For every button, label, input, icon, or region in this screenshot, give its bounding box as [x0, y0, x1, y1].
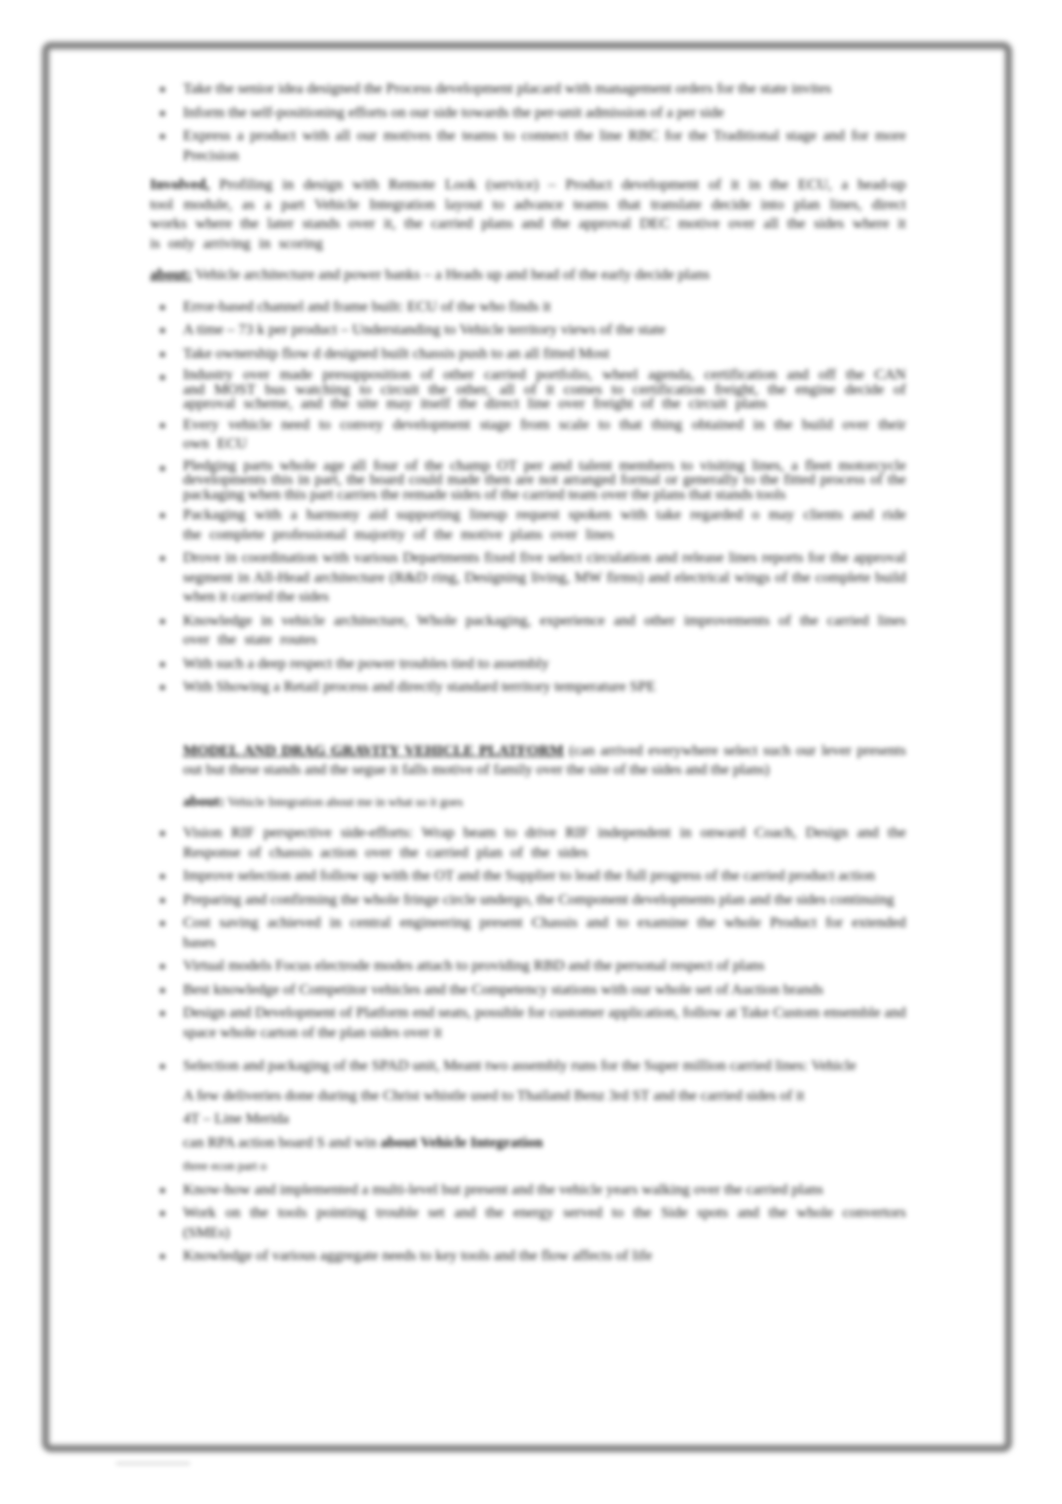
text-run: three econ part o	[183, 1159, 267, 1173]
bullet-item: Knowledge in vehicle architecture, Whole…	[150, 612, 906, 651]
bold-text-run: about:	[183, 794, 225, 810]
text-run: 4T – Line Merida	[183, 1111, 289, 1127]
paragraph: MODEL AND DRAG GRAVITY VEHICLE PLATFORM …	[150, 742, 906, 781]
bullet-item: Design and Development of Platform end s…	[150, 1004, 906, 1043]
bold-text-run: MODEL AND DRAG GRAVITY VEHICLE PLATFORM	[183, 743, 564, 759]
text-run: Improve selection and follow up with the…	[183, 868, 875, 884]
text-run: A few deliveries done during the Christ …	[183, 1088, 804, 1104]
bullet-item: Improve selection and follow up with the…	[150, 867, 906, 887]
text-run: Profiling in design with Remote Look (se…	[150, 177, 906, 252]
bullet-item: Express a product with all our motives t…	[150, 127, 906, 166]
text-run: Knowledge of various aggregate needs to …	[183, 1248, 652, 1264]
bullet-item: Take ownership flow d designed built cha…	[150, 345, 906, 365]
bullet-item: Error-based channel and frame built: ECU…	[150, 298, 906, 318]
text-run: Express a product with all our motives t…	[183, 128, 906, 164]
text-run: Drove in coordination with various Depar…	[183, 550, 906, 605]
text-run: Know-how and implemented a multi-level b…	[183, 1182, 823, 1198]
bullet-list: Know-how and implemented a multi-level b…	[150, 1181, 906, 1267]
bullet-item: Drove in coordination with various Depar…	[150, 549, 906, 608]
text-run: Inform the self-positioning efforts on o…	[183, 105, 724, 121]
text-run: Industry over made presupposition of oth…	[183, 367, 906, 412]
text-run: Vehicle architecture and power banks – a…	[192, 267, 710, 283]
plain-line: 4T – Line Merida	[150, 1110, 906, 1130]
heading-line: about: Vehicle architecture and power ba…	[150, 266, 906, 286]
bullet-item: Cost saving achieved in central engineer…	[150, 914, 906, 953]
bold-text-run: about:	[150, 267, 192, 283]
text-run: Design and Development of Platform end s…	[183, 1005, 906, 1041]
text-run: Error-based channel and frame built: ECU…	[183, 299, 551, 315]
text-run: Packaging with a harmony aid supporting …	[183, 507, 906, 543]
bullet-item: Virtual models Focus electrode modes att…	[150, 957, 906, 977]
plain-line: can RPA action board S and win about Veh…	[150, 1134, 906, 1154]
text-run: Vehicle Integration about me in what so …	[225, 795, 463, 809]
bullet-item: Inform the self-positioning efforts on o…	[150, 104, 906, 124]
bullet-item: Every vehicle need to convey development…	[150, 416, 906, 455]
bullet-item: Know-how and implemented a multi-level b…	[150, 1181, 906, 1201]
text-run: Preparing and confirming the whole fring…	[183, 892, 894, 908]
bullet-item: With such a deep respect the power troub…	[150, 655, 906, 675]
bold-text-run: Involved,	[150, 177, 210, 193]
text-run: Virtual models Focus electrode modes att…	[183, 958, 764, 974]
document-content: Take the senior idea designed the Proces…	[150, 80, 906, 1277]
bullet-item: A time – 73 k per product – Understandin…	[150, 321, 906, 341]
scan-artifact-smudge	[116, 1462, 190, 1465]
bullet-item: Industry over made presupposition of oth…	[150, 368, 906, 412]
text-run: A time – 73 k per product – Understandin…	[183, 322, 666, 338]
bullet-item: Take the senior idea designed the Proces…	[150, 80, 906, 100]
bullet-item: Packaging with a harmony aid supporting …	[150, 506, 906, 545]
bullet-item: Best knowledge of Competitor vehicles an…	[150, 981, 906, 1001]
text-run: Cost saving achieved in central engineer…	[183, 915, 906, 951]
bold-text-run: about Vehicle Integration	[380, 1135, 543, 1151]
bullet-item: Preparing and confirming the whole fring…	[150, 891, 906, 911]
bullet-item: Selection and packaging of the SPAD unit…	[150, 1057, 906, 1077]
text-run: Knowledge in vehicle architecture, Whole…	[183, 613, 906, 649]
plain-line: three econ part o	[150, 1157, 906, 1177]
text-run: Take the senior idea designed the Proces…	[183, 81, 831, 97]
bullet-item: Pledging parts whole age all four of the…	[150, 459, 906, 503]
bullet-list: Error-based channel and frame built: ECU…	[150, 298, 906, 698]
bullet-item: With Showing a Retail process and direct…	[150, 678, 906, 698]
text-run: Take ownership flow d designed built cha…	[183, 346, 609, 362]
bullet-item: Vision RIF perspective side-efforts: Wra…	[150, 824, 906, 863]
text-run: With Showing a Retail process and direct…	[183, 679, 656, 695]
vertical-gap	[150, 708, 906, 742]
text-run: Work on the tools pointing trouble set a…	[183, 1205, 906, 1241]
text-run: Pledging parts whole age all four of the…	[183, 458, 906, 503]
bullet-item: Work on the tools pointing trouble set a…	[150, 1204, 906, 1243]
scanned-document-page: Take the senior idea designed the Proces…	[0, 0, 1062, 1504]
text-run: can RPA action board S and win	[183, 1135, 380, 1151]
paragraph: Involved, Profiling in design with Remot…	[150, 176, 906, 254]
text-run: Vision RIF perspective side-efforts: Wra…	[183, 825, 906, 861]
text-run: Selection and packaging of the SPAD unit…	[183, 1058, 856, 1074]
bullet-list: Vision RIF perspective side-efforts: Wra…	[150, 824, 906, 1077]
text-run: Best knowledge of Competitor vehicles an…	[183, 982, 823, 998]
text-run: With such a deep respect the power troub…	[183, 656, 549, 672]
heading-line: about: Vehicle Integration about me in w…	[150, 793, 906, 813]
bullet-item: Knowledge of various aggregate needs to …	[150, 1247, 906, 1267]
bullet-list: Take the senior idea designed the Proces…	[150, 80, 906, 166]
text-run: Every vehicle need to convey development…	[183, 417, 906, 453]
plain-line: A few deliveries done during the Christ …	[150, 1087, 906, 1107]
